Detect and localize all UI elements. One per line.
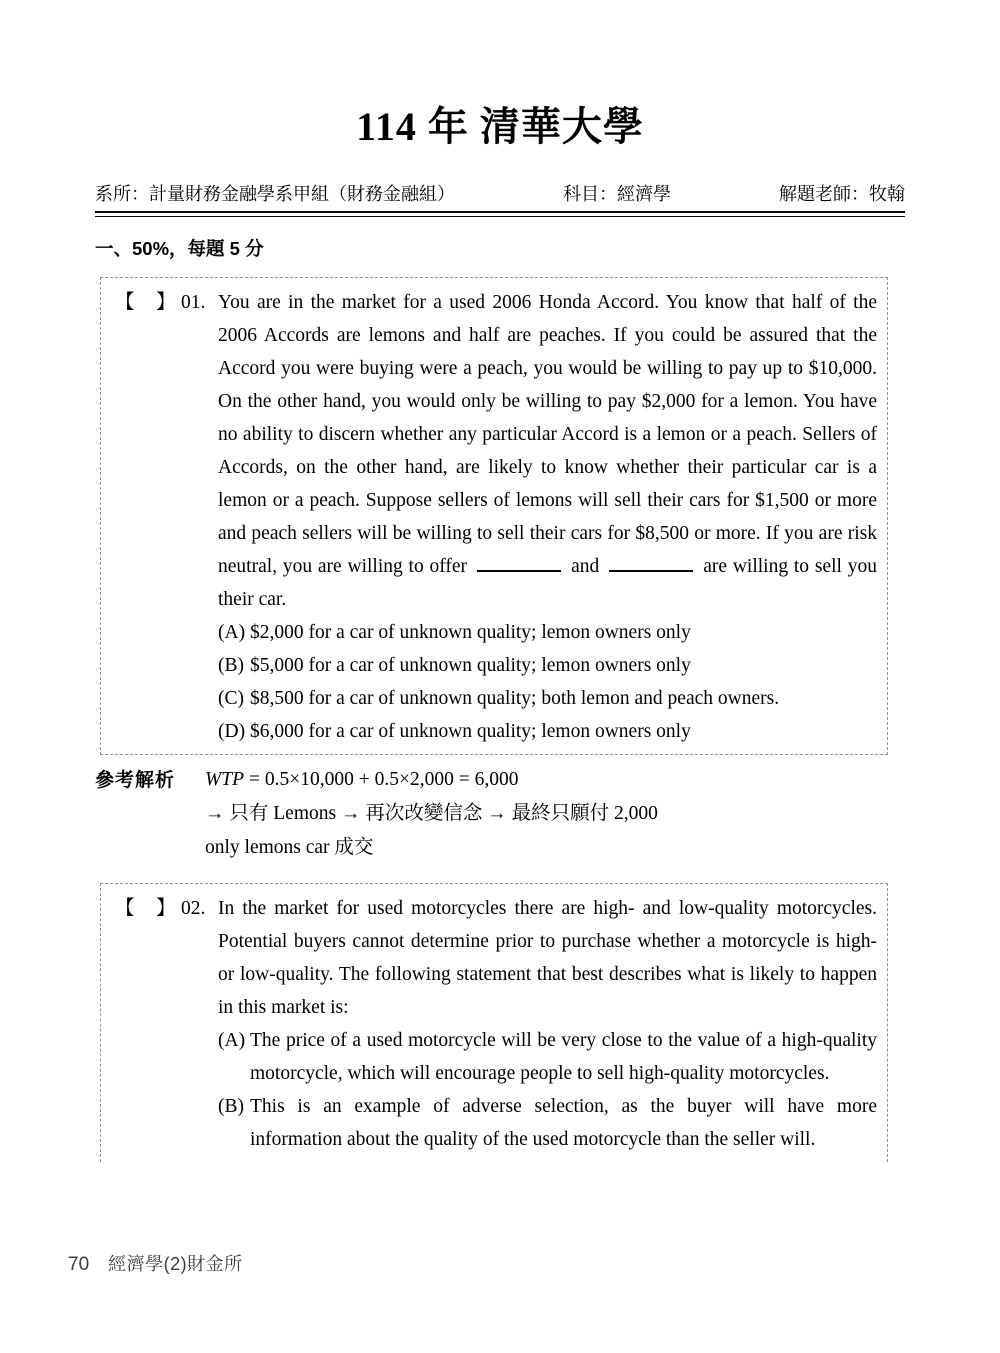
option-d: (D) $6,000 for a car of unknown quality;… [218,715,877,748]
option-b: (B) This is an example of adverse select… [218,1090,877,1156]
options-list: (A) $2,000 for a car of unknown quality;… [218,616,877,748]
answer-bracket: 【 】 [115,286,181,748]
question-box-1: 【 】 01. You are in the market for a used… [100,277,888,755]
solution-block: 參考解析 WTP= 0.5×10,000 + 0.5×2,000 = 6,000… [95,763,905,865]
fill-in-blank-1 [477,554,561,572]
option-text: This is an example of adverse selection,… [250,1090,877,1156]
option-a: (A) The price of a used motorcycle will … [218,1024,877,1090]
exam-page: 114 年 清華大學 系所：計量財務金融學系甲組（財務金融組） 科目：經濟學 解… [0,102,1000,1162]
solution-formula: WTP= 0.5×10,000 + 0.5×2,000 = 6,000 [205,763,905,797]
section-heading: 一、50%，每題 5 分 [95,236,905,261]
page-title: 114 年 清華大學 [95,102,905,152]
option-text: $8,500 for a car of unknown quality; bot… [250,682,877,715]
question-2: 【 】 02. In the market for used motorcycl… [115,892,877,1156]
fill-in-blank-2 [609,554,693,572]
option-a: (A) $2,000 for a car of unknown quality;… [218,616,877,649]
solution-label: 參考解析 [95,763,205,865]
meta-department: 系所：計量財務金融學系甲組（財務金融組） [95,182,455,206]
solution-content: WTP= 0.5×10,000 + 0.5×2,000 = 6,000 → 只有… [205,763,905,865]
option-text: $2,000 for a car of unknown quality; lem… [250,616,877,649]
question-text: You are in the market for a used 2006 Ho… [218,286,877,748]
question-body: In the market for used motorcycles there… [218,892,877,1024]
option-marker: (A) [218,616,250,649]
option-marker: (D) [218,715,250,748]
formula-rest: = 0.5×10,000 + 0.5×2,000 = 6,000 [249,769,519,790]
question-body-part1: You are in the market for a used 2006 Ho… [218,292,877,577]
question-body: You are in the market for a used 2006 Ho… [218,286,877,616]
question-text: In the market for used motorcycles there… [218,892,877,1156]
page-number: 70 [68,1254,89,1276]
exam-meta-row: 系所：計量財務金融學系甲組（財務金融組） 科目：經濟學 解題老師：牧翰 [95,182,905,211]
header-divider [95,211,905,217]
meta-subject: 科目：經濟學 [563,182,671,206]
question-box-2: 【 】 02. In the market for used motorcycl… [100,883,888,1162]
option-marker: (B) [218,649,250,682]
option-marker: (C) [218,682,250,715]
meta-solver: 解題老師：牧翰 [779,182,905,206]
options-list: (A) The price of a used motorcycle will … [218,1024,877,1156]
option-c: (C) $8,500 for a car of unknown quality;… [218,682,877,715]
book-title: 經濟學(2)財金所 [108,1250,243,1276]
question-body-part2: and [571,556,599,577]
option-marker: (B) [218,1090,250,1156]
option-text: The price of a used motorcycle will be v… [250,1024,877,1090]
question-number: 02. [181,892,218,1156]
solution-line-3: only lemons car 成交 [205,831,905,865]
page-footer: 70 經濟學(2)財金所 [68,1250,243,1276]
question-1: 【 】 01. You are in the market for a used… [115,286,877,748]
formula-variable: WTP [205,769,244,790]
option-b: (B) $5,000 for a car of unknown quality;… [218,649,877,682]
option-marker: (A) [218,1024,250,1090]
option-text: $5,000 for a car of unknown quality; lem… [250,649,877,682]
answer-bracket: 【 】 [115,892,181,1156]
option-text: $6,000 for a car of unknown quality; lem… [250,715,877,748]
solution-line-2: → 只有 Lemons → 再次改變信念 → 最終只願付 2,000 [205,797,905,831]
question-number: 01. [181,286,218,748]
